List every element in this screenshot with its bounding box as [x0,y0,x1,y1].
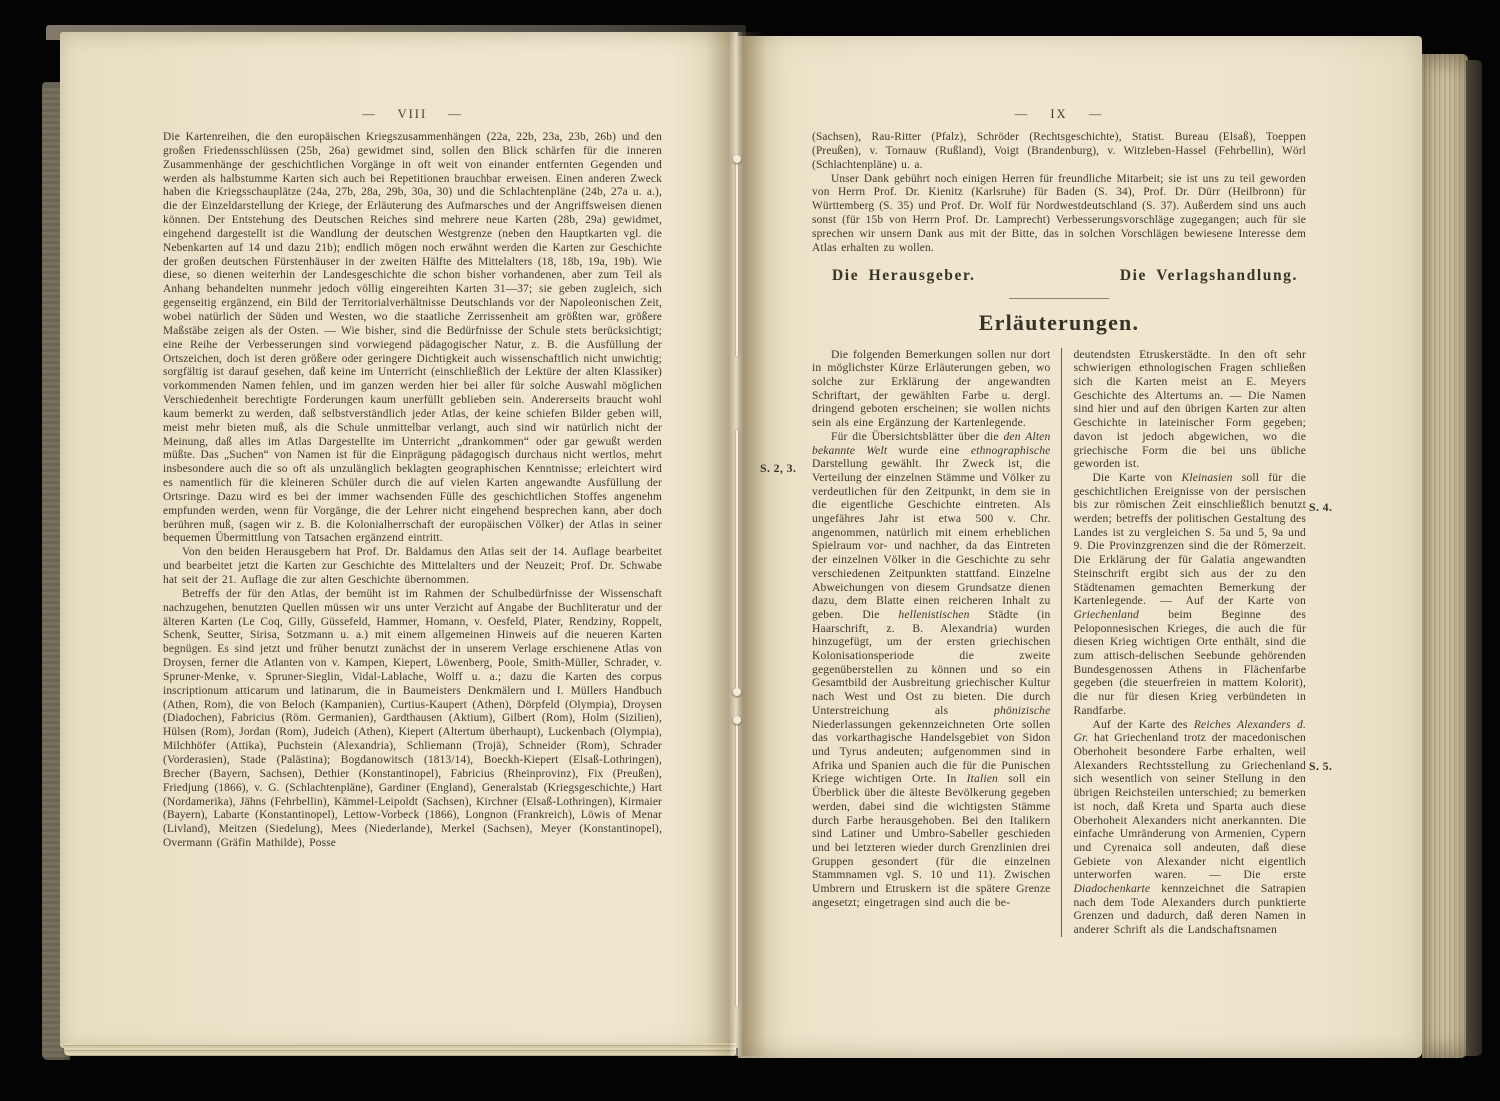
section-title: Erläuterungen. [812,310,1306,336]
two-column-section: Die folgenden Bemerkungen sollen nur dor… [812,348,1306,937]
section-divider-rule [1009,298,1109,299]
binding-thread [736,722,738,1006]
right-page-intro-paragraphs: (Sachsen), Rau-Ritter (Pfalz), Schröder … [812,131,1306,256]
paragraph: Die Karte von Kleinasien soll für die ge… [1073,471,1306,718]
paragraph: Für die Übersichtsblätter über die den A… [812,430,1050,910]
paragraph: Die folgenden Bemerkungen sollen nur dor… [812,348,1050,430]
binding-thread-knot [733,688,741,696]
left-page-paragraphs: Die Kartenreihen, die den europäischen K… [163,131,662,851]
signature-herausgeber: Die Herausgeber. [832,267,976,285]
paragraph: (Sachsen), Rau-Ritter (Pfalz), Schröder … [812,131,1306,173]
paragraph: deutendsten Etruskerstädte. In den oft s… [1073,348,1306,471]
binding-thread-knot [733,155,741,163]
paragraph: Auf der Karte des Reiches Alexanders d. … [1073,718,1306,937]
book-cover-right-edge [1466,60,1482,1056]
paragraph: Betreffs der für den Atlas, der bemüht i… [163,588,662,851]
right-page-text-block: — IX — (Sachsen), Rau-Ritter (Pfalz), Sc… [812,107,1306,937]
binding-thread-knot [733,716,741,724]
open-book-photo: — VIII — Die Kartenreihen, die den europ… [0,0,1500,1101]
margin-note: S. 2, 3. [760,461,796,476]
right-page-number: — IX — [812,107,1306,122]
left-page-text-block: — VIII — Die Kartenreihen, die den europ… [163,107,662,851]
right-column: deutendsten Etruskerstädte. In den oft s… [1061,348,1306,937]
left-column: Die folgenden Bemerkungen sollen nur dor… [812,348,1050,937]
binding-thread [736,430,738,692]
page-stack-bottom-edge [64,1043,736,1056]
left-page-number: — VIII — [163,107,662,122]
paragraph: Die Kartenreihen, die den europäischen K… [163,131,662,546]
signature-verlagshandlung: Die Verlagshandlung. [1120,267,1298,285]
paragraph: Von den beiden Herausgebern hat Prof. Dr… [163,546,662,588]
margin-note: S. 4. [1309,500,1332,515]
paragraph: Unser Dank gebührt noch einigen Herren f… [812,173,1306,256]
page-fore-edge [1422,54,1468,1058]
margin-note: S. 5. [1309,759,1332,774]
signatures-row: Die Herausgeber. Die Verlagshandlung. [812,267,1306,285]
binding-thread [736,160,738,356]
